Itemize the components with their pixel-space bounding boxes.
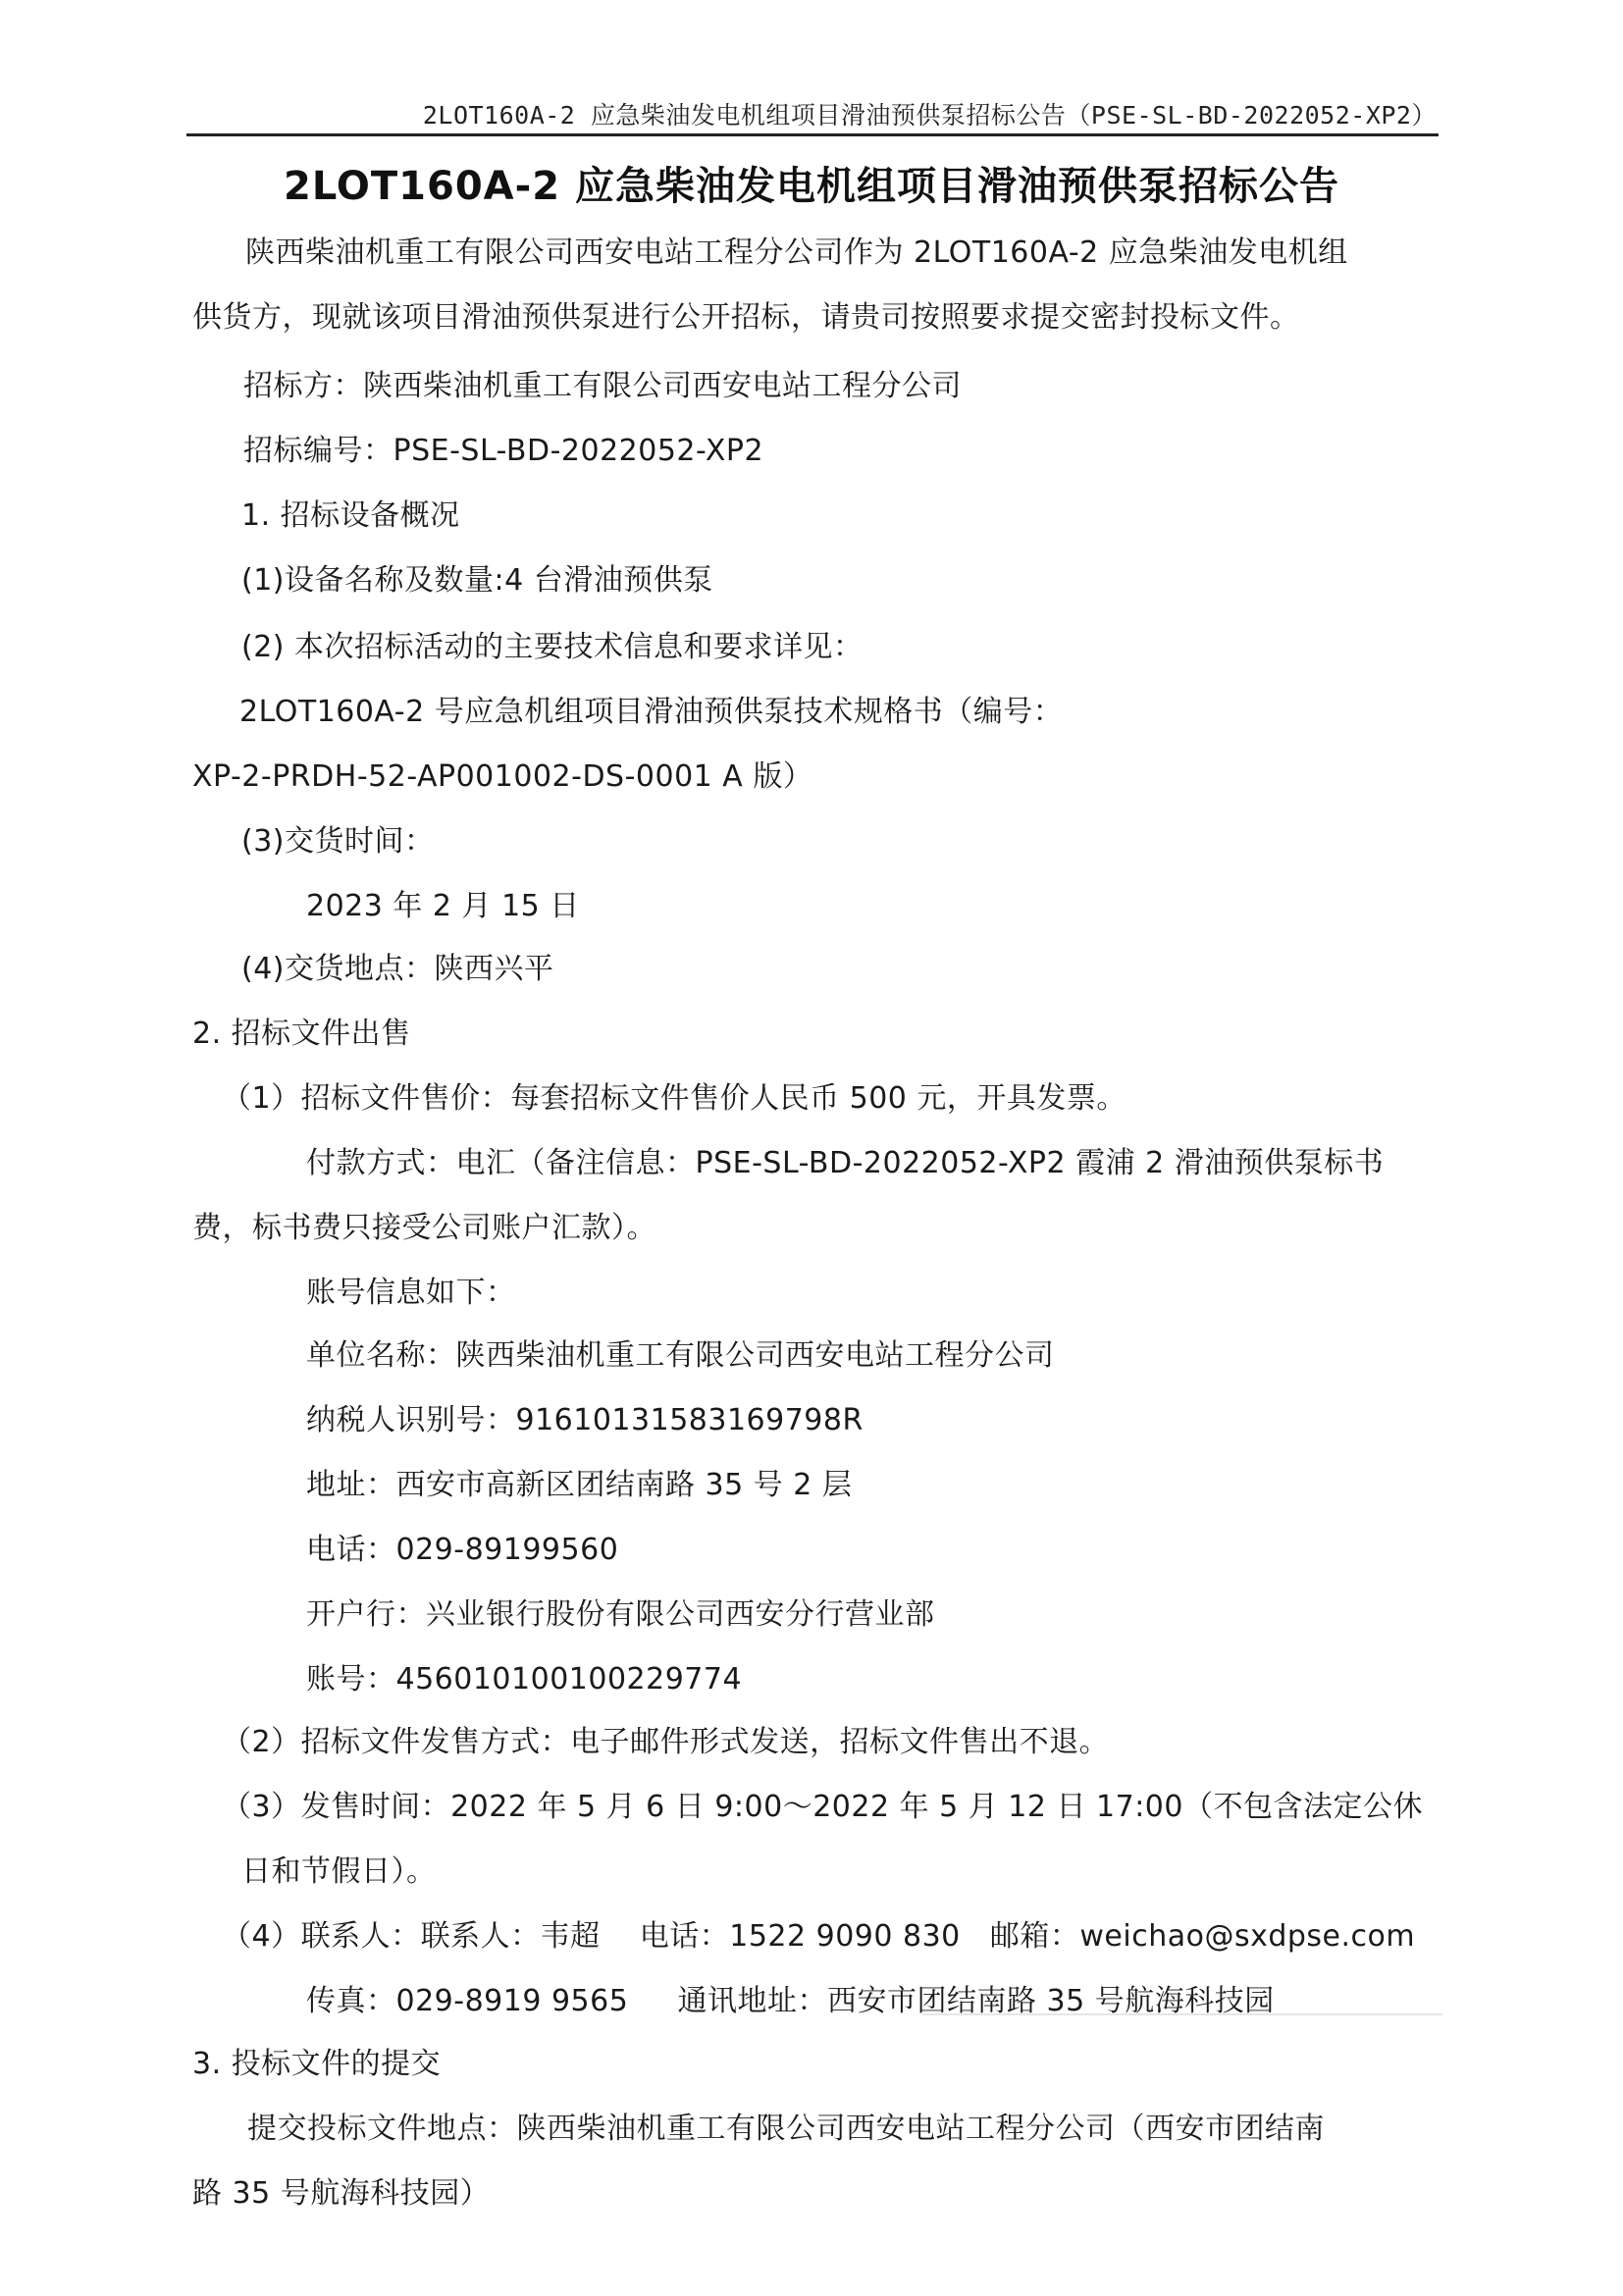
section-2-heading: 2. 招标文件出售 <box>192 1009 411 1052</box>
document-price: （1）招标文件售价：每套招标文件售价人民币 500 元，开具发票。 <box>222 1073 1126 1117</box>
delivery-place: (4)交货地点：陕西兴平 <box>241 944 554 987</box>
account-info-intro: 账号信息如下： <box>306 1268 516 1311</box>
bank-name: 开户行：兴业银行股份有限公司西安分行营业部 <box>306 1590 935 1633</box>
intro-line-1: 陕西柴油机重工有限公司西安电站工程分公司作为 2LOT160A-2 应急柴油发电… <box>245 228 1348 271</box>
delivery-time-label: (3)交货时间： <box>241 816 435 860</box>
contact-line-1: （4）联系人：联系人：韦超 电话：1522 9090 830 邮箱：weicha… <box>222 1911 1415 1955</box>
technical-info-ref: (2) 本次招标活动的主要技术信息和要求详见： <box>241 622 864 665</box>
tenderer: 招标方：陕西柴油机重工有限公司西安电站工程分公司 <box>243 361 962 404</box>
account-name: 单位名称：陕西柴油机重工有限公司西安电站工程分公司 <box>306 1331 1055 1374</box>
intro-line-2: 供货方，现就该项目滑油预供泵进行公开招标，请贵司按照要求提交密封投标文件。 <box>192 292 1300 336</box>
tender-number: 招标编号：PSE-SL-BD-2022052-XP2 <box>243 426 763 469</box>
header-divider <box>186 133 1439 136</box>
running-header: 2LOT160A-2 应急柴油发电机组项目滑油预供泵招标公告（PSE-SL-BD… <box>186 96 1437 131</box>
spec-book-title: 2LOT160A-2 号应急机组项目滑油预供泵技术规格书（编号： <box>239 687 1063 730</box>
spec-book-number: XP-2-PRDH-52-AP001002-DS-0001 A 版） <box>192 752 812 795</box>
submission-place-line-2: 路 35 号航海科技园） <box>192 2168 490 2212</box>
section-1-heading: 1. 招标设备概况 <box>241 491 460 534</box>
company-phone: 电话：029-89199560 <box>306 1525 618 1568</box>
section-3-heading: 3. 投标文件的提交 <box>192 2039 441 2082</box>
sale-method: （2）招标文件发售方式：电子邮件形式发送，招标文件售出不退。 <box>222 1717 1109 1760</box>
payment-method-line-2: 费，标书费只接受公司账户汇款）。 <box>192 1203 656 1246</box>
delivery-date: 2023 年 2 月 15 日 <box>306 881 580 924</box>
company-address: 地址：西安市高新区团结南路 35 号 2 层 <box>306 1460 852 1503</box>
tax-id: 纳税人识别号：91610131583169798R <box>306 1395 864 1438</box>
sale-time-line-2: 日和节假日）。 <box>241 1847 437 1890</box>
sale-time-line-1: （3）发售时间：2022 年 5 月 6 日 9:00～2022 年 5 月 1… <box>222 1782 1423 1825</box>
account-number: 账号：456010100100229774 <box>306 1654 742 1697</box>
page-title: 2LOT160A-2 应急柴油发电机组项目滑油预供泵招标公告 <box>0 155 1623 211</box>
payment-method-line-1: 付款方式：电汇（备注信息：PSE-SL-BD-2022052-XP2 霞浦 2 … <box>306 1138 1384 1181</box>
equipment-name-quantity: (1)设备名称及数量:4 台滑油预供泵 <box>241 555 713 599</box>
submission-place-line-1: 提交投标文件地点：陕西柴油机重工有限公司西安电站工程分公司（西安市团结南 <box>247 2104 1325 2147</box>
scan-artifact-line <box>922 2013 1442 2015</box>
